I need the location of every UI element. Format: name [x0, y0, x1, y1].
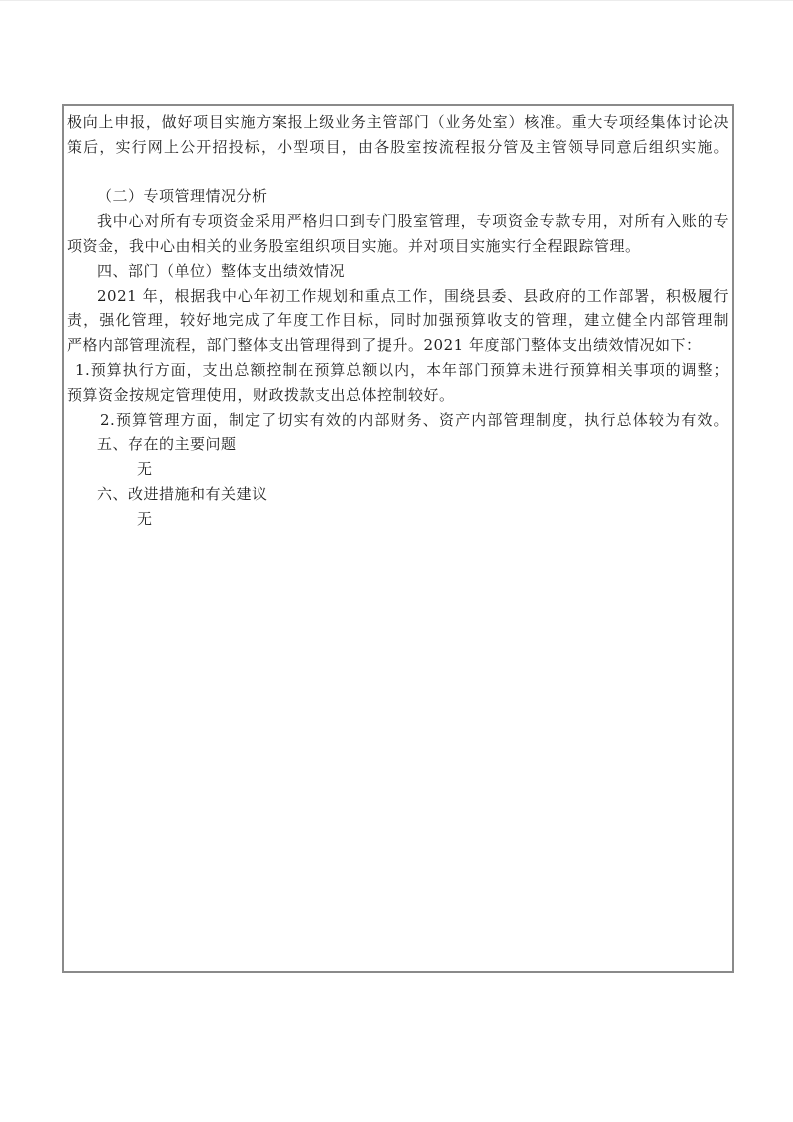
text-line: 无 [137, 507, 729, 532]
text-line: 六、改进措施和有关建议 [97, 482, 729, 507]
blank-line [67, 160, 729, 185]
text-line: 极向上申报，做好项目实施方案报上级业务主管部门（业务处室）核准。重大专项经集体讨… [67, 110, 729, 135]
text-line: 预算资金按规定管理使用，财政拨款支出总体控制较好。 [67, 383, 729, 408]
text-line: 2021 年，根据我中心年初工作规划和重点工作，围绕县委、县政府的工作部署，积极… [97, 284, 729, 309]
document-page: 极向上申报，做好项目实施方案报上级业务主管部门（业务处室）核准。重大专项经集体讨… [0, 1, 793, 1122]
text-line: 我中心对所有专项资金采用严格归口到专门股室管理，专项资金专款专用，对所有入账的专 [97, 209, 729, 234]
text-line: 责，强化管理，较好地完成了年度工作目标，同时加强预算收支的管理，建立健全内部管理… [67, 308, 729, 333]
text-line: 四、部门（单位）整体支出绩效情况 [97, 259, 729, 284]
text-line: （二）专项管理情况分析 [97, 184, 729, 209]
text-line: 1.预算执行方面，支出总额控制在预算总额以内，本年部门预算未进行预算相关事项的调… [75, 358, 729, 383]
text-line: 策后，实行网上公开招投标，小型项目，由各股室按流程报分管及主管领导同意后组织实施… [67, 135, 729, 160]
document-page-body: { "page": { "background_color": "#ffffff… [0, 0, 793, 1122]
text-line: 严格内部管理流程，部门整体支出管理得到了提升。2021 年度部门整体支出绩效情况… [67, 333, 729, 358]
form-table-cell: 极向上申报，做好项目实施方案报上级业务主管部门（业务处室）核准。重大专项经集体讨… [62, 104, 734, 973]
text-line: 无 [137, 457, 729, 482]
text-line: 项资金，我中心由相关的业务股室组织项目实施。并对项目实施实行全程跟踪管理。 [67, 234, 729, 259]
form-text-area: 极向上申报，做好项目实施方案报上级业务主管部门（业务处室）核准。重大专项经集体讨… [67, 110, 729, 532]
text-line: 2.预算管理方面，制定了切实有效的内部财务、资产内部管理制度，执行总体较为有效。 [100, 408, 729, 433]
text-line: 五、存在的主要问题 [97, 432, 729, 457]
